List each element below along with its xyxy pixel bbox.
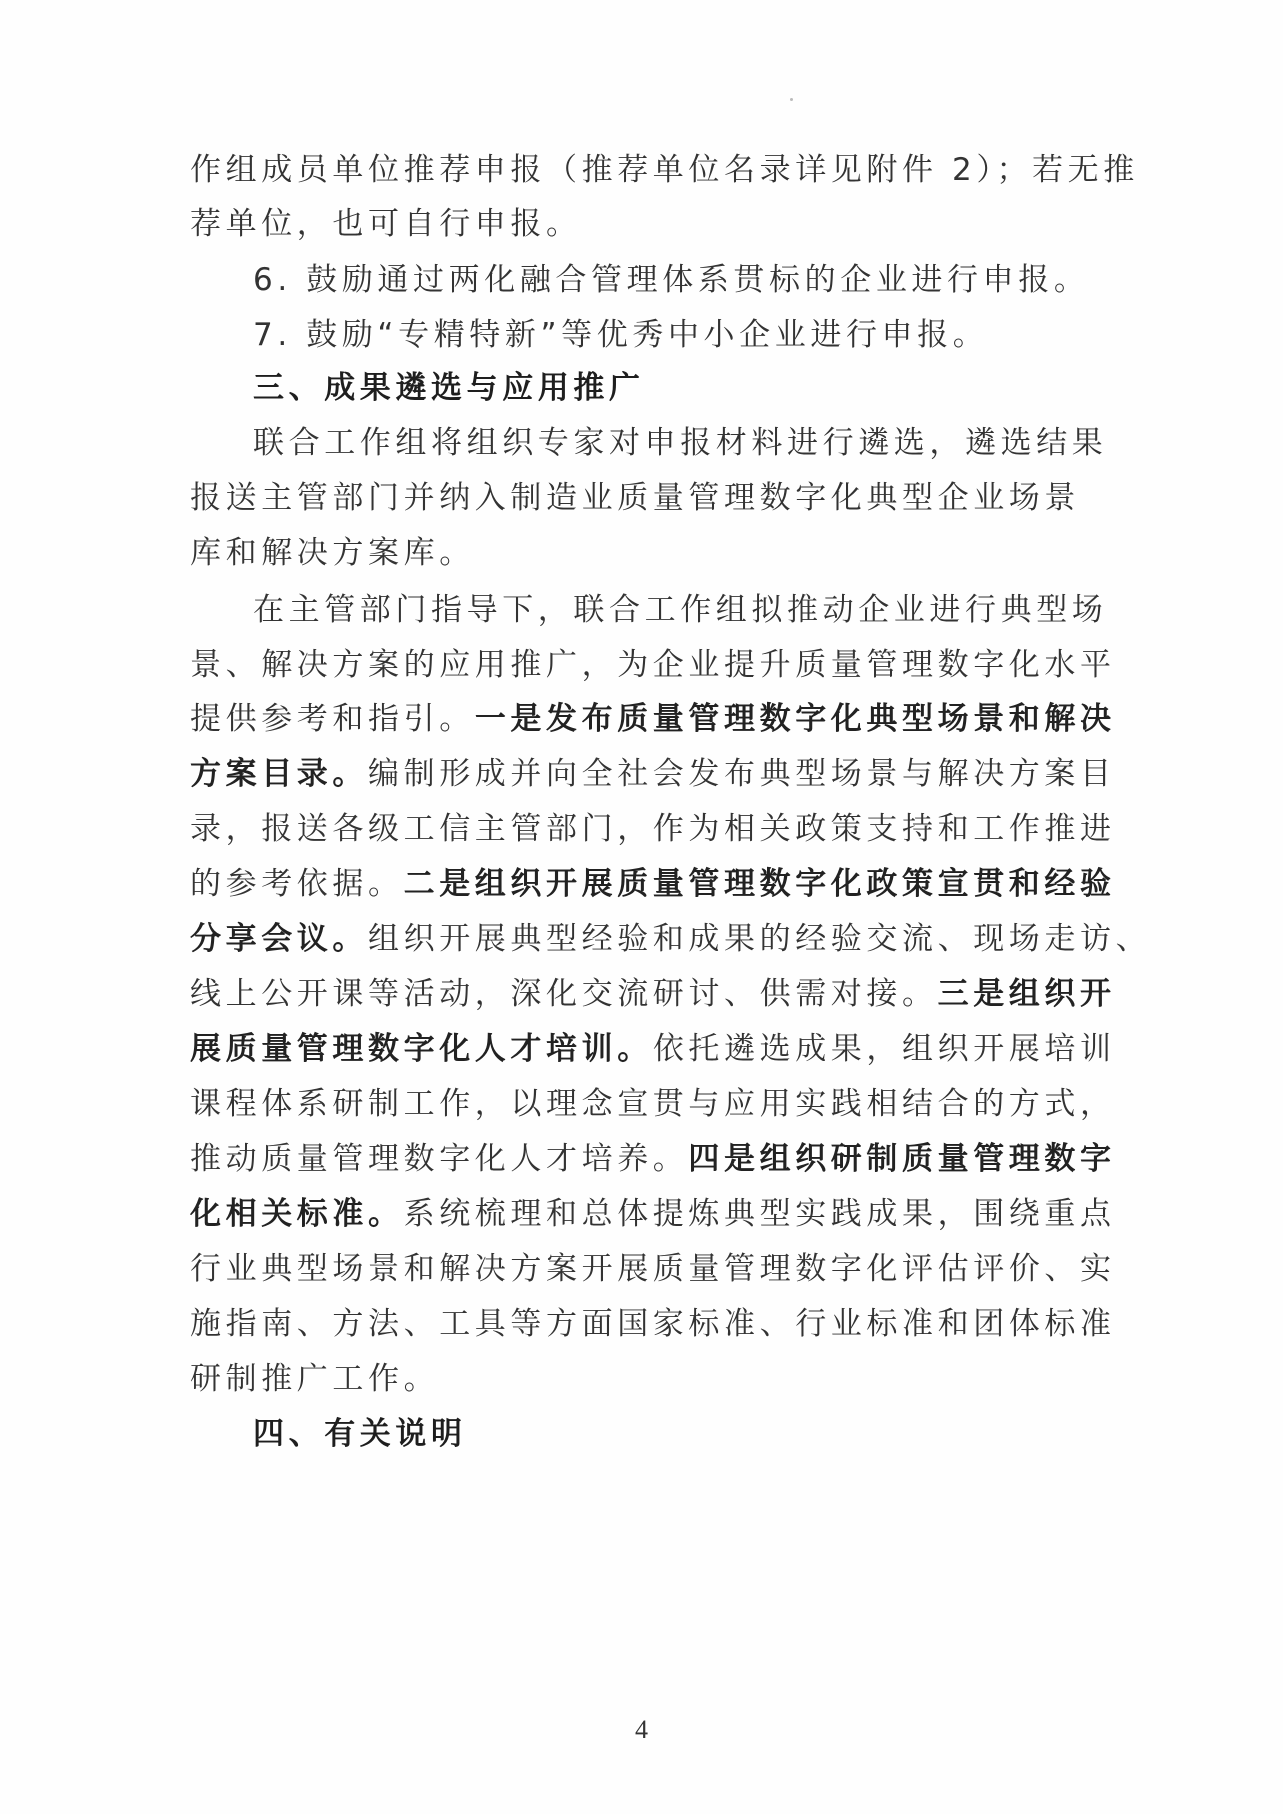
body-line: 分享会议。组织开展典型经验和成果的经验交流、现场走访、 bbox=[190, 917, 1110, 961]
emphasis-text: 三是组织开 bbox=[938, 976, 1116, 1012]
emphasis-text: 一是发布质量管理数字化典型场景和解决 bbox=[475, 701, 1116, 737]
body-text: 系统梳理和总体提炼典型实践成果，围绕重点 bbox=[404, 1196, 1116, 1232]
body-text: 依托遴选成果，组织开展培训 bbox=[653, 1031, 1116, 1067]
body-line: 作组成员单位推荐申报（推荐单位名录详见附件 2）；若无推 bbox=[190, 148, 1110, 192]
document-page: 作组成员单位推荐申报（推荐单位名录详见附件 2）；若无推 荐单位，也可自行申报。… bbox=[0, 0, 1283, 1814]
body-text: 组织开展典型经验和成果的经验交流、现场走访、 bbox=[368, 921, 1151, 957]
body-line: 的参考依据。二是组织开展质量管理数字化政策宣贯和经验 bbox=[190, 862, 1110, 906]
body-line: 库和解决方案库。 bbox=[190, 531, 1110, 575]
body-text: 线上公开课等活动，深化交流研讨、供需对接。 bbox=[190, 976, 938, 1012]
body-line: 推动质量管理数字化人才培养。四是组织研制质量管理数字 bbox=[190, 1137, 1110, 1181]
emphasis-text: 四是组织研制质量管理数字 bbox=[688, 1141, 1115, 1177]
body-line: 录，报送各级工信主管部门，作为相关政策支持和工作推进 bbox=[190, 807, 1110, 851]
emphasis-text: 分享会议。 bbox=[190, 921, 368, 957]
section-heading-3: 三、成果遴选与应用推广 bbox=[253, 366, 1173, 410]
body-text: 的参考依据。 bbox=[190, 866, 404, 902]
page-number: 4 bbox=[0, 1715, 1283, 1745]
body-line: 行业典型场景和解决方案开展质量管理数字化评估评价、实 bbox=[190, 1247, 1110, 1291]
body-line: 研制推广工作。 bbox=[190, 1357, 1110, 1401]
emphasis-text: 化相关标准。 bbox=[190, 1196, 404, 1232]
body-line: 线上公开课等活动，深化交流研讨、供需对接。三是组织开 bbox=[190, 972, 1110, 1016]
scan-speck bbox=[790, 98, 793, 101]
body-line: 在主管部门指导下，联合工作组拟推动企业进行典型场 bbox=[253, 588, 1113, 632]
body-line: 景、解决方案的应用推广，为企业提升质量管理数字化水平 bbox=[190, 643, 1110, 687]
body-line: 施指南、方法、工具等方面国家标准、行业标准和团体标准 bbox=[190, 1302, 1110, 1346]
list-item-6: 6. 鼓励通过两化融合管理体系贯标的企业进行申报。 bbox=[253, 258, 1113, 302]
list-item-7: 7. 鼓励“专精特新”等优秀中小企业进行申报。 bbox=[253, 313, 1113, 357]
emphasis-text: 二是组织开展质量管理数字化政策宣贯和经验 bbox=[404, 866, 1116, 902]
body-line: 方案目录。编制形成并向全社会发布典型场景与解决方案目 bbox=[190, 752, 1110, 796]
body-line: 报送主管部门并纳入制造业质量管理数字化典型企业场景 bbox=[190, 476, 1110, 520]
emphasis-text: 展质量管理数字化人才培训。 bbox=[190, 1031, 653, 1067]
body-line: 展质量管理数字化人才培训。依托遴选成果，组织开展培训 bbox=[190, 1027, 1110, 1071]
body-line: 联合工作组将组织专家对申报材料进行遴选，遴选结果 bbox=[253, 421, 1113, 465]
body-line: 化相关标准。系统梳理和总体提炼典型实践成果，围绕重点 bbox=[190, 1192, 1110, 1236]
body-line: 荐单位，也可自行申报。 bbox=[190, 202, 1110, 246]
body-line: 课程体系研制工作，以理念宣贯与应用实践相结合的方式， bbox=[190, 1082, 1110, 1126]
body-text: 推动质量管理数字化人才培养。 bbox=[190, 1141, 688, 1177]
body-text: 提供参考和指引。 bbox=[190, 701, 475, 737]
body-line: 提供参考和指引。一是发布质量管理数字化典型场景和解决 bbox=[190, 697, 1110, 741]
section-heading-4: 四、有关说明 bbox=[253, 1412, 1173, 1456]
emphasis-text: 方案目录。 bbox=[190, 756, 368, 792]
body-text: 编制形成并向全社会发布典型场景与解决方案目 bbox=[368, 756, 1116, 792]
